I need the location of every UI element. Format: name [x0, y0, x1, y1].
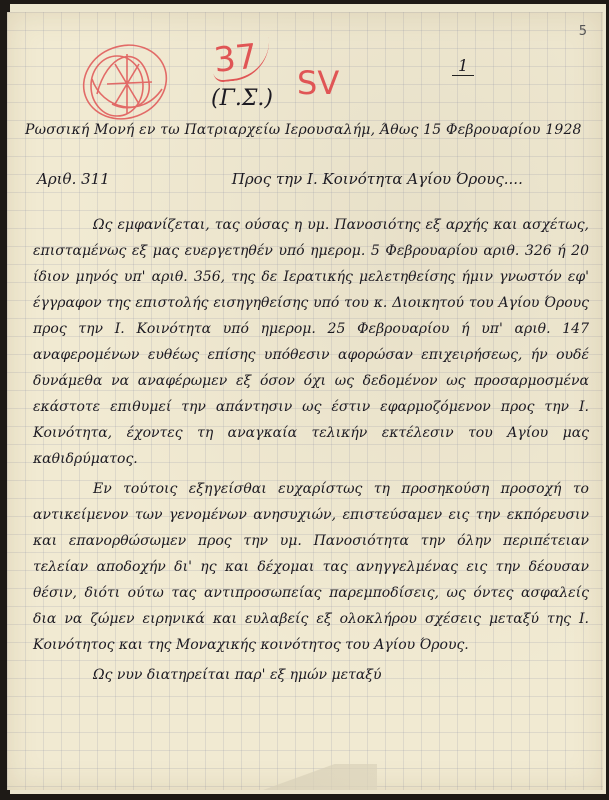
reference-number: Αριθ. 311	[37, 170, 157, 188]
archive-page-number: 5	[579, 24, 587, 39]
initials: (Γ.Σ.)	[211, 86, 273, 111]
paragraph-3: Ως νυν διατηρείται παρ' εξ ημών μεταξύ	[33, 662, 589, 688]
paragraph-1: Ως εμφανίζεται, τας ούσας η υμ. Πανοσιότ…	[33, 212, 589, 472]
paper-tear	[257, 764, 377, 790]
addressee: Προς την Ι. Κοινότητα Αγίου Όρους....	[232, 170, 523, 188]
reference-line: Αριθ. 311 Προς την Ι. Κοινότητα Αγίου Όρ…	[37, 170, 577, 188]
paragraph-2: Εν τούτοις εξηγείσθαι ευχαρίστως τη προσ…	[33, 476, 589, 658]
letter-header: Ρωσσική Μονή εν τω Πατριαρχείω Ιερουσαλή…	[25, 122, 585, 138]
scanned-document: 5 37 SV 1 (Γ.Σ.) Ρωσσική Μονή εν τω Πατρ…	[0, 0, 609, 800]
letter-page: 5 37 SV 1 (Γ.Σ.) Ρωσσική Μονή εν τω Πατρ…	[7, 12, 603, 790]
red-circled-scribble-icon	[77, 34, 177, 134]
red-letters: SV	[297, 64, 339, 102]
page-number: 1	[452, 56, 474, 76]
red-circled-number: 37	[210, 35, 273, 83]
letter-body: Ως εμφανίζεται, τας ούσας η υμ. Πανοσιότ…	[33, 212, 589, 688]
